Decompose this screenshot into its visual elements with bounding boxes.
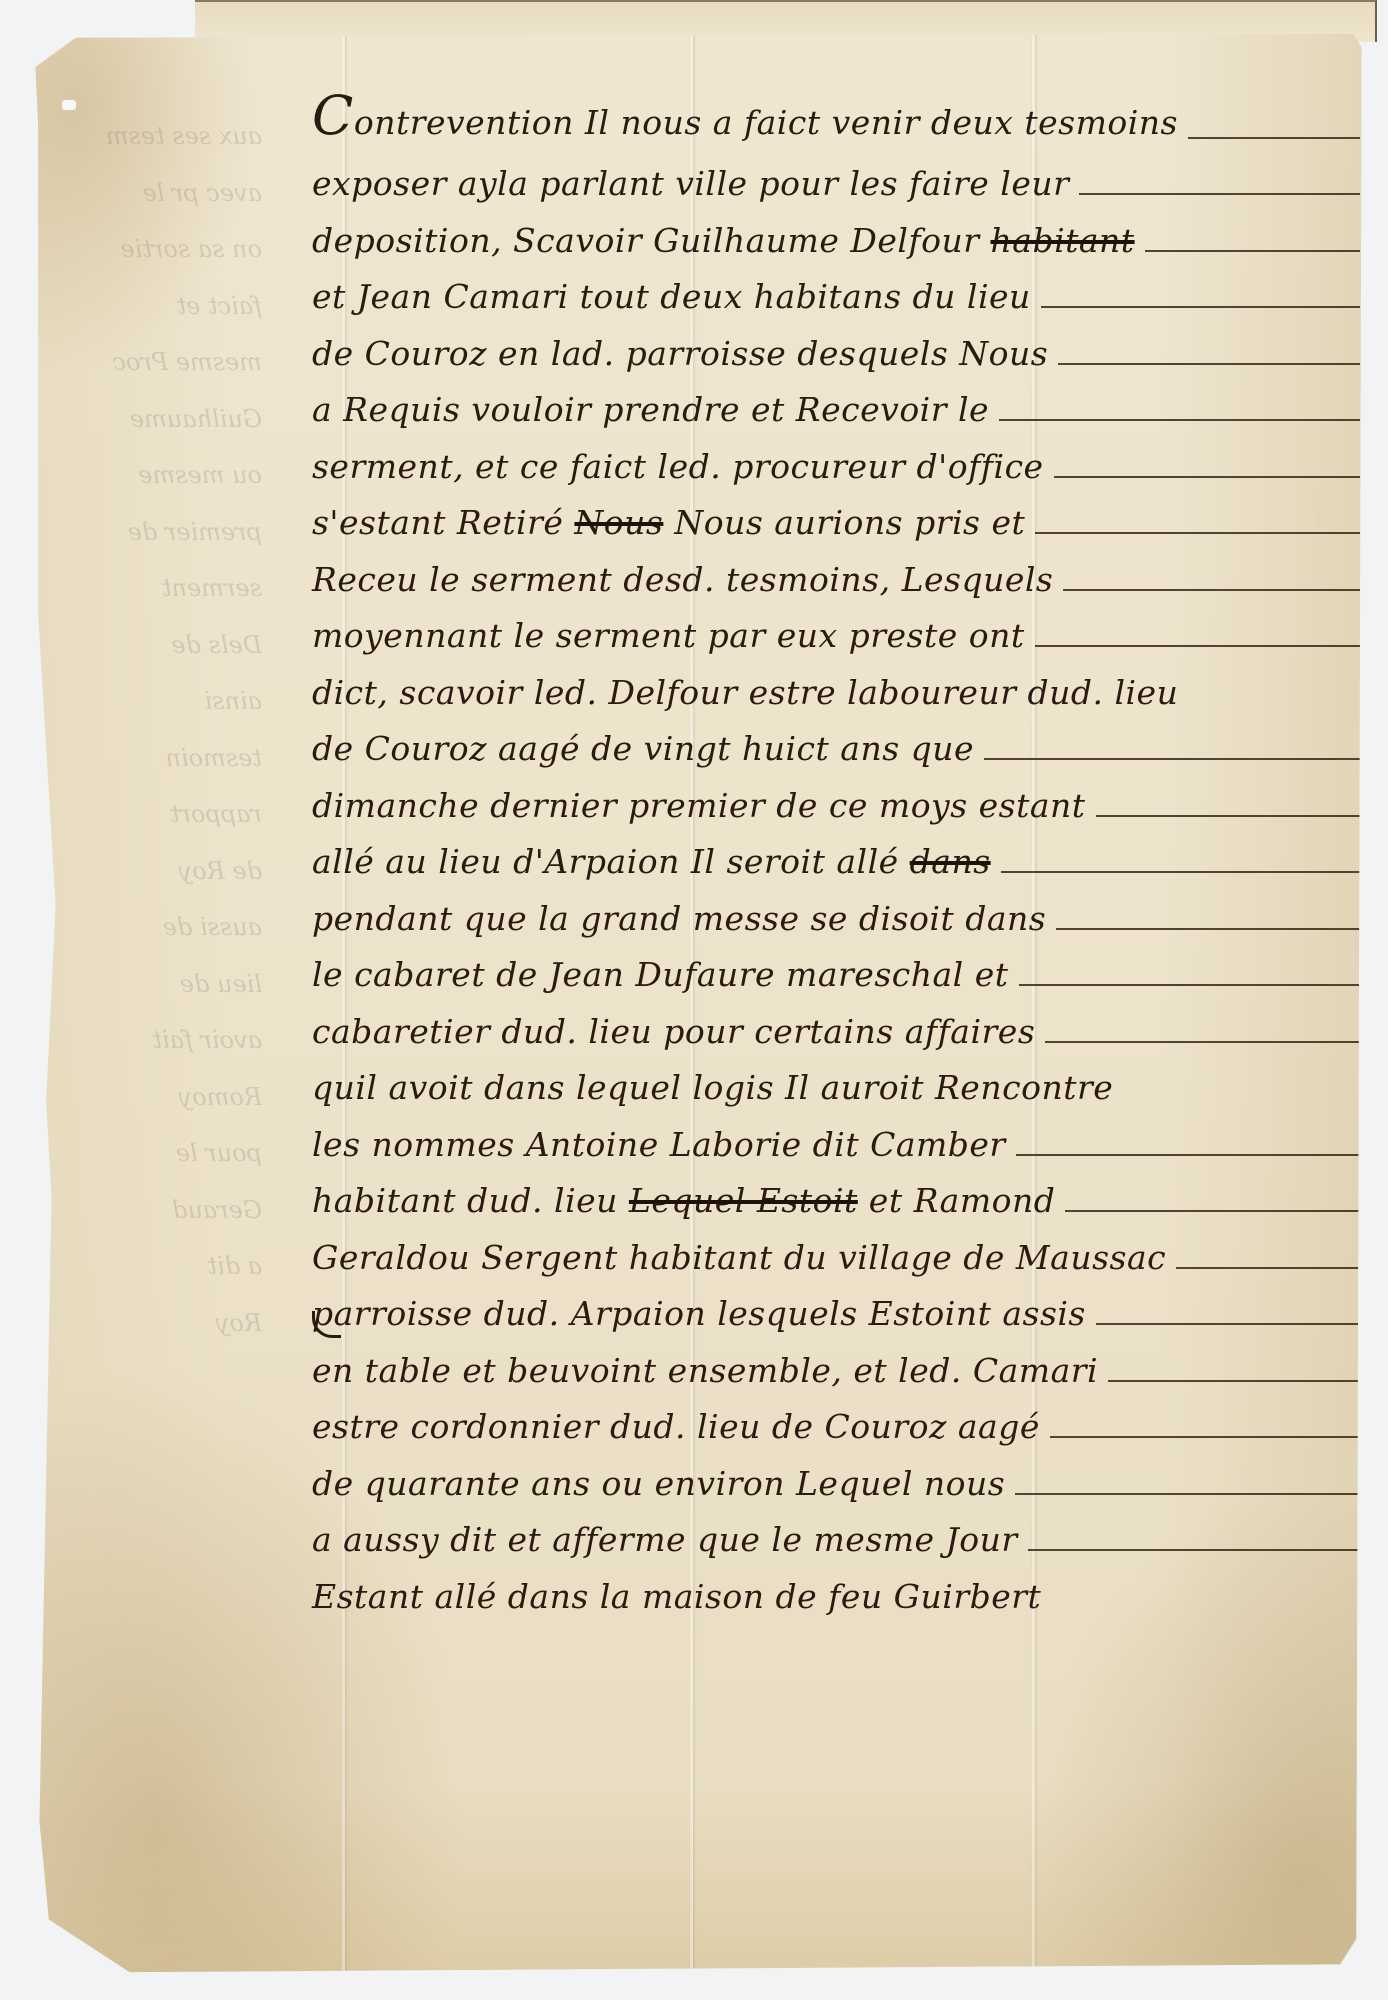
line-filler-stroke <box>1056 928 1360 930</box>
manuscript-line: deposition, Scavoir Guilhaume Delfour ha… <box>312 211 1372 268</box>
manuscript-line: Estant allé dans la maison de feu Guirbe… <box>312 1567 1372 1624</box>
line-filler-stroke <box>984 758 1360 760</box>
manuscript-line: quil avoit dans lequel logis Il auroit R… <box>312 1059 1372 1116</box>
line-filler-stroke <box>1065 1210 1360 1212</box>
manuscript-line: dimanche dernier premier de ce moys esta… <box>312 776 1372 833</box>
line-filler-stroke <box>1041 306 1360 308</box>
bleed-line: ou mesme <box>62 447 262 504</box>
line-text: Contrevention Il nous a faict venir deux… <box>312 84 1178 155</box>
line-filler-stroke <box>1016 1154 1360 1156</box>
manuscript-line: a aussy dit et afferme que le mesme Jour <box>312 1511 1372 1568</box>
struck-through-word: Nous <box>574 503 663 542</box>
line-filler-stroke <box>999 419 1360 421</box>
manuscript-line: allé au lieu d'Arpaion Il seroit allé da… <box>312 833 1372 890</box>
line-filler-stroke <box>1063 589 1360 591</box>
struck-through-word: Lequel Estoit <box>629 1181 858 1220</box>
line-filler-stroke <box>1079 193 1360 195</box>
manuscript-scan: aux ses tesm avec pr le on sa sortie fai… <box>0 0 1388 2000</box>
line-text: en table et beuvoint ensemble, et led. C… <box>312 1351 1098 1398</box>
manuscript-line: pendant que la grand messe se disoit dan… <box>312 889 1372 946</box>
manuscript-line: habitant dud. lieu Lequel Estoit et Ramo… <box>312 1172 1372 1229</box>
bleed-line: Geraud <box>62 1182 262 1239</box>
line-filler-stroke <box>1058 363 1360 365</box>
line-text: s'estant Retiré Nous Nous aurions pris e… <box>312 503 1025 550</box>
line-filler-stroke <box>1035 645 1360 647</box>
line-text: dimanche dernier premier de ce moys esta… <box>312 786 1086 833</box>
bleed-line: tesmoin <box>62 730 262 787</box>
manuscript-line: exposer ayla parlant ville pour les fair… <box>312 155 1372 212</box>
line-text: de Couroz aagé de vingt huict ans que <box>312 729 974 776</box>
line-filler-stroke <box>1176 1267 1360 1269</box>
bleed-line: Romoy <box>62 1069 262 1126</box>
bleed-line: faict et <box>62 278 262 335</box>
manuscript-line: de quarante ans ou environ Lequel nous <box>312 1454 1372 1511</box>
manuscript-line: dict, scavoir led. Delfour estre laboure… <box>312 663 1372 720</box>
line-text: a aussy dit et afferme que le mesme Jour <box>312 1520 1018 1567</box>
bleed-line: rapport <box>62 786 262 843</box>
bleed-line: premier de <box>62 504 262 561</box>
line-text: Estant allé dans la maison de feu Guirbe… <box>312 1577 1041 1624</box>
bleed-line: ainsi <box>62 673 262 730</box>
manuscript-page: aux ses tesm avec pr le on sa sortie fai… <box>22 28 1367 1978</box>
line-text: parroisse dud. Arpaion lesquels Estoint … <box>312 1294 1086 1341</box>
line-filler-stroke <box>1015 1493 1360 1495</box>
bleed-line: Dels de <box>62 617 262 674</box>
bleed-line: aussi de <box>62 899 262 956</box>
manuscript-line: Contrevention Il nous a faict venir deux… <box>312 98 1372 155</box>
manuscript-line: parroisse dud. Arpaion lesquels Estoint … <box>312 1285 1372 1342</box>
manuscript-line: s'estant Retiré Nous Nous aurions pris e… <box>312 494 1372 551</box>
manuscript-line: cabaretier dud. lieu pour certains affai… <box>312 1002 1372 1059</box>
line-text: pendant que la grand messe se disoit dan… <box>312 899 1046 946</box>
manuscript-line: les nommes Antoine Laborie dit Camber <box>312 1115 1372 1172</box>
line-filler-stroke <box>1108 1380 1360 1382</box>
manuscript-line: le cabaret de Jean Dufaure mareschal et <box>312 946 1372 1003</box>
struck-through-word: dans <box>910 842 991 881</box>
line-filler-stroke <box>1188 137 1360 139</box>
line-text: estre cordonnier dud. lieu de Couroz aag… <box>312 1407 1040 1454</box>
line-text: de quarante ans ou environ Lequel nous <box>312 1464 1005 1511</box>
bleed-line: lieu de <box>62 956 262 1013</box>
line-filler-stroke <box>1096 815 1360 817</box>
manuscript-line: a Requis vouloir prendre et Recevoir le <box>312 381 1372 438</box>
bleed-line: serment <box>62 560 262 617</box>
bleed-line: avec pr le <box>62 165 262 222</box>
bleed-line: Guilhaume <box>62 391 262 448</box>
line-filler-stroke <box>1045 1041 1360 1043</box>
line-text: moyennant le serment par eux preste ont <box>312 616 1025 663</box>
struck-through-word: habitant <box>991 221 1135 260</box>
bleed-through-text: aux ses tesm avec pr le on sa sortie fai… <box>62 108 262 1351</box>
bleed-line: pour le <box>62 1125 262 1182</box>
line-text: habitant dud. lieu Lequel Estoit et Ramo… <box>312 1181 1055 1228</box>
line-text: quil avoit dans lequel logis Il auroit R… <box>312 1068 1113 1115</box>
line-text: deposition, Scavoir Guilhaume Delfour ha… <box>312 221 1135 268</box>
bleed-line: aux ses tesm <box>62 108 262 165</box>
line-text: les nommes Antoine Laborie dit Camber <box>312 1125 1006 1172</box>
line-text: serment, et ce faict led. procureur d'of… <box>312 447 1044 494</box>
line-filler-stroke <box>1019 984 1361 986</box>
line-filler-stroke <box>1054 476 1360 478</box>
manuscript-line: moyennant le serment par eux preste ont <box>312 607 1372 664</box>
manuscript-line: estre cordonnier dud. lieu de Couroz aag… <box>312 1398 1372 1455</box>
line-text: exposer ayla parlant ville pour les fair… <box>312 164 1069 211</box>
line-filler-stroke <box>1145 250 1360 252</box>
manuscript-line: Receu le serment desd. tesmoins, Lesquel… <box>312 550 1372 607</box>
line-filler-stroke <box>1050 1436 1360 1438</box>
line-text: a Requis vouloir prendre et Recevoir le <box>312 390 989 437</box>
manuscript-line: de Couroz en lad. parroisse desquels Nou… <box>312 324 1372 381</box>
bleed-line: avoir fait <box>62 1012 262 1069</box>
manuscript-line: en table et beuvoint ensemble, et led. C… <box>312 1341 1372 1398</box>
line-filler-stroke <box>1096 1323 1360 1325</box>
bleed-line: a dit <box>62 1238 262 1295</box>
line-text: cabaretier dud. lieu pour certains affai… <box>312 1012 1035 1059</box>
bleed-line: de Roy <box>62 843 262 900</box>
line-text: dict, scavoir led. Delfour estre laboure… <box>312 673 1178 720</box>
line-text: Receu le serment desd. tesmoins, Lesquel… <box>312 560 1053 607</box>
manuscript-line: de Couroz aagé de vingt huict ans que <box>312 720 1372 777</box>
line-filler-stroke <box>1028 1549 1360 1551</box>
line-filler-stroke <box>1001 871 1360 873</box>
line-text: Geraldou Sergent habitant du village de … <box>312 1238 1166 1285</box>
line-text: de Couroz en lad. parroisse desquels Nou… <box>312 334 1048 381</box>
manuscript-text: Contrevention Il nous a faict venir deux… <box>312 98 1372 1624</box>
bleed-line: on sa sortie <box>62 221 262 278</box>
line-text: et Jean Camari tout deux habitans du lie… <box>312 277 1031 324</box>
manuscript-line: Geraldou Sergent habitant du village de … <box>312 1228 1372 1285</box>
manuscript-line: et Jean Camari tout deux habitans du lie… <box>312 268 1372 325</box>
manuscript-line: serment, et ce faict led. procureur d'of… <box>312 437 1372 494</box>
line-text: allé au lieu d'Arpaion Il seroit allé da… <box>312 842 991 889</box>
line-filler-stroke <box>1035 532 1360 534</box>
bleed-line: Roy <box>62 1295 262 1352</box>
bleed-line: mesme Proc <box>62 334 262 391</box>
line-text: le cabaret de Jean Dufaure mareschal et <box>312 955 1009 1002</box>
